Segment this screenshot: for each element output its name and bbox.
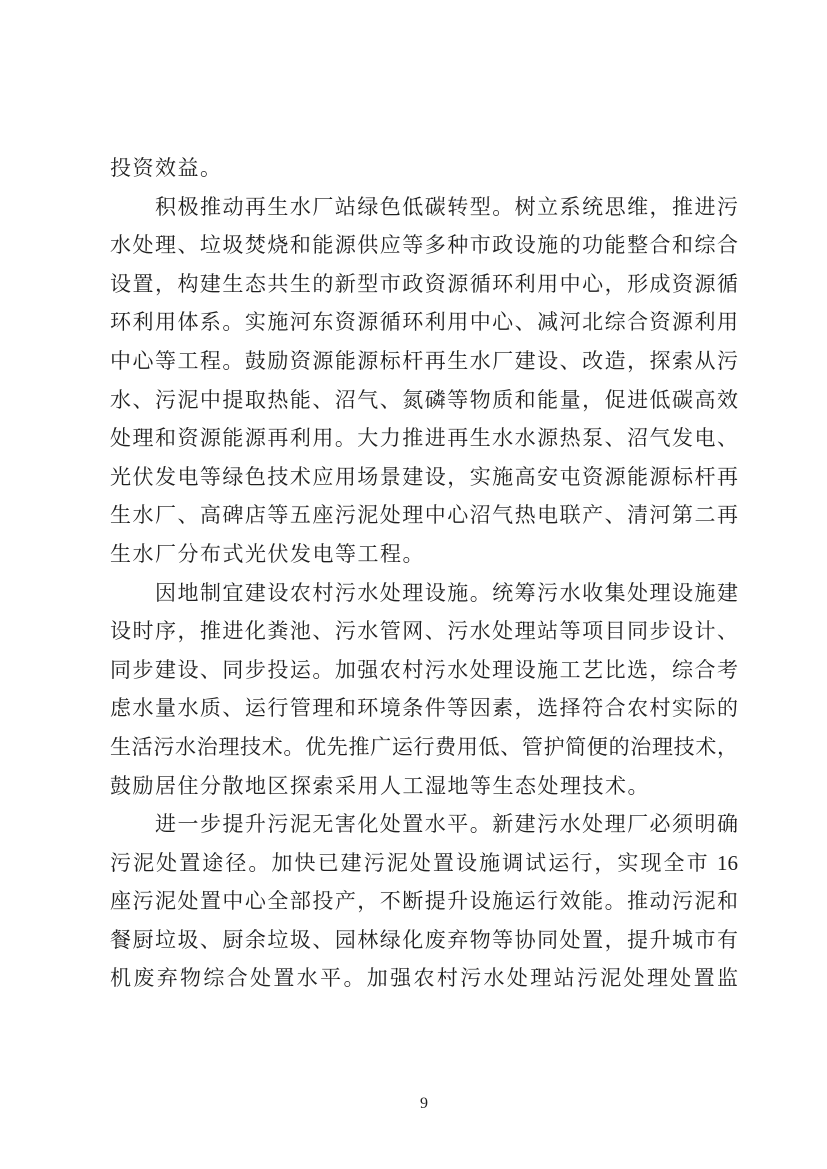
text-line: 污泥处置途径。加快已建污泥处置设施调试运行，实现全市 16 <box>110 844 738 883</box>
text-line: 环利用体系。实施河东资源循环利用中心、减河北综合资源利用 <box>110 303 738 342</box>
text-line: 投资效益。 <box>110 149 738 188</box>
text-line: 虑水量水质、运行管理和环境条件等因素，选择符合农村实际的 <box>110 689 738 728</box>
text-line: 水、污泥中提取热能、沼气、氮磷等物质和能量，促进低碳高效 <box>110 381 738 420</box>
text-line: 中心等工程。鼓励资源能源标杆再生水厂建设、改造，探索从污 <box>110 342 738 381</box>
text-line: 生活污水治理技术。优先推广运行费用低、管护简便的治理技术， <box>110 728 738 767</box>
text-line: 生水厂、高碑店等五座污泥处理中心沼气热电联产、清河第二再 <box>110 496 738 535</box>
text-line: 处理和资源能源再利用。大力推进再生水水源热泵、沼气发电、 <box>110 419 738 458</box>
text-line: 餐厨垃圾、厨余垃圾、园林绿化废弃物等协同处置，提升城市有 <box>110 921 738 960</box>
text-line: 同步建设、同步投运。加强农村污水处理设施工艺比选，综合考 <box>110 651 738 690</box>
text-line: 座污泥处置中心全部投产，不断提升设施运行效能。推动污泥和 <box>110 882 738 921</box>
text-line: 水处理、垃圾焚烧和能源供应等多种市政设施的功能整合和综合 <box>110 226 738 265</box>
text-line: 积极推动再生水厂站绿色低碳转型。树立系统思维，推进污 <box>110 188 738 227</box>
document-page: 投资效益。 积极推动再生水厂站绿色低碳转型。树立系统思维，推进污 水处理、垃圾焚… <box>0 0 827 1169</box>
text-line: 进一步提升污泥无害化处置水平。新建污水处理厂必须明确 <box>110 805 738 844</box>
text-line: 设时序，推进化粪池、污水管网、污水处理站等项目同步设计、 <box>110 612 738 651</box>
text-line: 生水厂分布式光伏发电等工程。 <box>110 535 738 574</box>
text-line: 因地制宜建设农村污水处理设施。统筹污水收集处理设施建 <box>110 574 738 613</box>
text-line: 光伏发电等绿色技术应用场景建设，实施高安屯资源能源标杆再 <box>110 458 738 497</box>
text-line: 机废弃物综合处置水平。加强农村污水处理站污泥处理处置监 <box>110 959 738 998</box>
text-line: 鼓励居住分散地区探索采用人工湿地等生态处理技术。 <box>110 767 738 806</box>
text-line: 设置，构建生态共生的新型市政资源循环利用中心，形成资源循 <box>110 265 738 304</box>
page-number: 9 <box>110 1094 738 1114</box>
document-body: 投资效益。 积极推动再生水厂站绿色低碳转型。树立系统思维，推进污 水处理、垃圾焚… <box>110 149 738 998</box>
